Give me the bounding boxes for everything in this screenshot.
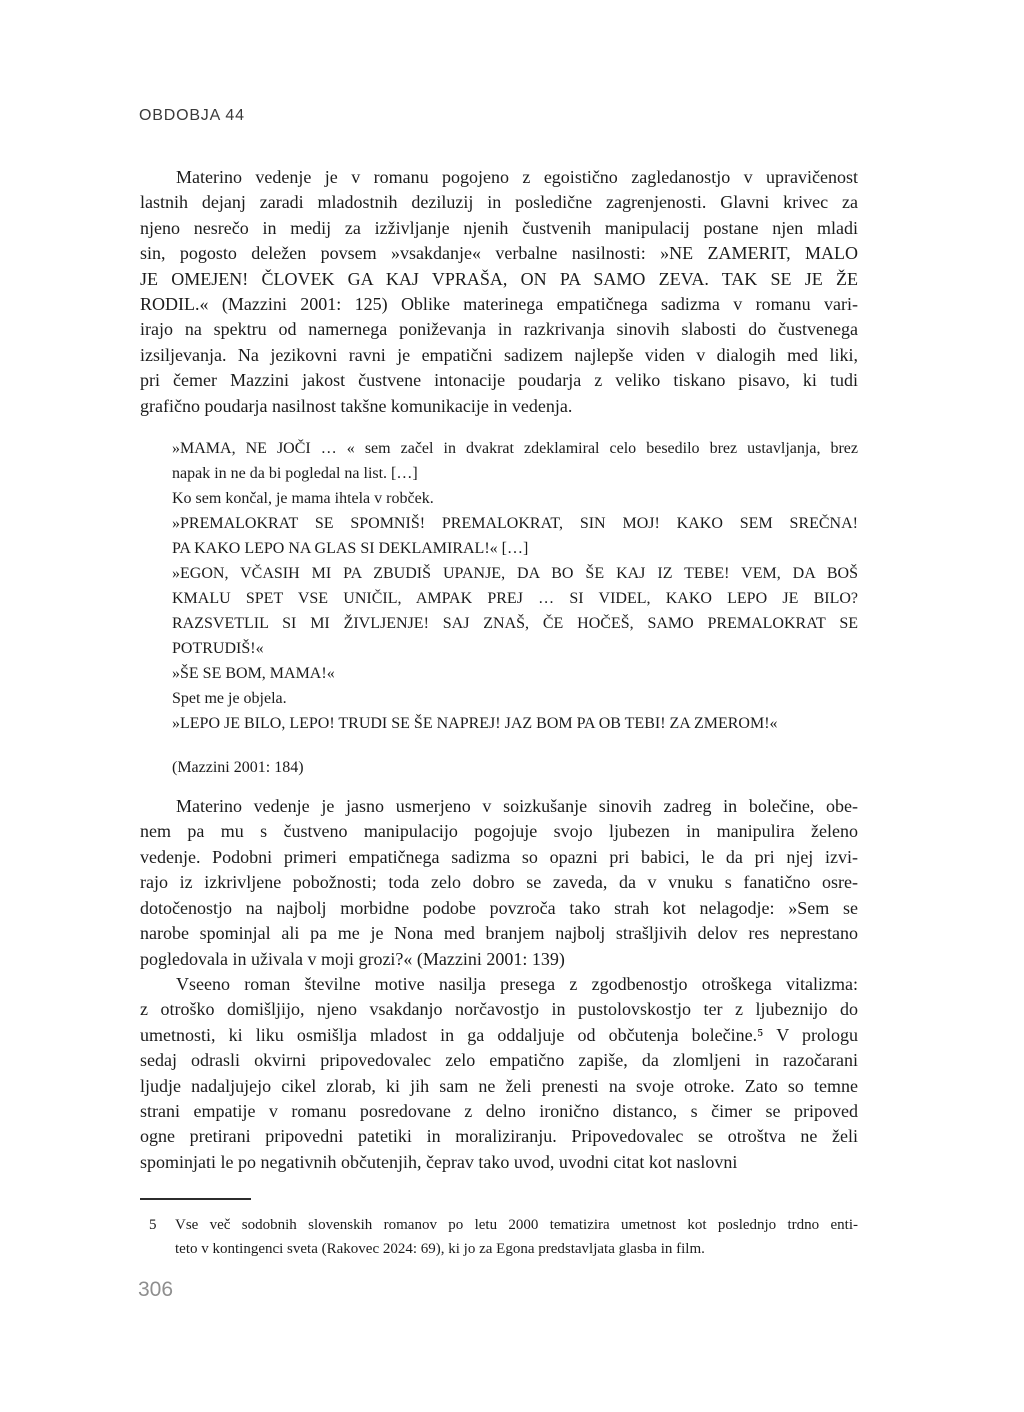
text-line: sedaj odrasli okvirni pripovedovalec zel… (140, 1048, 858, 1073)
text-line: Spet me je objela. (172, 686, 858, 711)
quote-paragraph: »LEPO JE BILO, LEPO! TRUDI SE ŠE NAPREJ!… (172, 711, 858, 736)
text-line: Ko sem končal, je mama ihtela v robček. (172, 486, 858, 511)
quote-paragraph: »MAMA, NE JOČI … « sem začel in dvakrat … (172, 436, 858, 486)
text-line: pogledovala in uživala v moji grozi?« (M… (140, 947, 858, 972)
text-line: »LEPO JE BILO, LEPO! TRUDI SE ŠE NAPREJ!… (172, 711, 858, 736)
running-header: OBDOBJA 44 (139, 107, 245, 125)
quote-paragraph: Spet me je objela. (172, 686, 858, 711)
text-line: JE OMEJEN! ČLOVEK GA KAJ VPRAŠA, ON PA S… (140, 267, 858, 292)
text-line: Materino vedenje je jasno usmerjeno v so… (140, 794, 858, 819)
text-line: PA KAKO LEPO NA GLAS SI DEKLAMIRAL!« […] (172, 536, 858, 561)
text-line: narobe spominjal ali pa me je Nona med b… (140, 921, 858, 946)
text-line: grafično poudarja nasilnost takšne komun… (140, 394, 858, 419)
paragraph-1: Materino vedenje je v romanu pogojeno z … (140, 165, 858, 419)
text-line: napak in ne da bi pogledal na list. […] (172, 461, 858, 486)
text-line: umetnosti, ki liku osmišlja mladost in g… (140, 1023, 858, 1048)
text-line: spominjati le po negativnih občutenjih, … (140, 1150, 858, 1175)
text-line: POTRUDIŠ!« (172, 636, 858, 661)
text-line: izsiljevanja. Na jezikovni ravni je empa… (140, 343, 858, 368)
text-line: vedenje. Podobni primeri empatičnega sad… (140, 845, 858, 870)
text-line: KMALU SPET VSE UNIČIL, AMPAK PREJ … SI V… (172, 586, 858, 611)
text-line: »MAMA, NE JOČI … « sem začel in dvakrat … (172, 436, 858, 461)
text-line: rajo iz izkrivljene pobožnosti; toda zel… (140, 870, 858, 895)
quote-paragraph: »EGON, VČASIH MI PA ZBUDIŠ UPANJE, DA BO… (172, 561, 858, 661)
document-page: OBDOBJA 44 Materino vedenje je v romanu … (0, 0, 1024, 1412)
text-line: ljudje nadaljujejo cikel zlorab, ki jih … (140, 1074, 858, 1099)
main-text: Materino vedenje je v romanu pogojeno z … (140, 165, 858, 1175)
quote-paragraph: »ŠE SE BOM, MAMA!« (172, 661, 858, 686)
text-line: ogne pretirani pripovedni patetiki in mo… (140, 1124, 858, 1149)
paragraph-3: Vseeno roman številne motive nasilja pre… (140, 972, 858, 1175)
quote-citation: (Mazzini 2001: 184) (172, 755, 858, 780)
text-line: irajo na spektru od namernega poniževanj… (140, 317, 858, 342)
footnote-area: 5 Vse več sodobnih slovenskih romanov po… (140, 1198, 858, 1261)
text-line: z otroško domišljijo, njeno vsakdanjo no… (140, 997, 858, 1022)
footnote-text: Vse več sodobnih slovenskih romanov po l… (175, 1213, 858, 1261)
text-line: lastnih dejanj zaradi mladostnih deziluz… (140, 190, 858, 215)
text-line: strani empatije v romanu posredovane z d… (140, 1099, 858, 1124)
text-line: teto v kontingenci sveta (Rakovec 2024: … (175, 1237, 858, 1261)
text-line: RODIL.« (Mazzini 2001: 125) Oblike mater… (140, 292, 858, 317)
quote-paragraph: »PREMALOKRAT SE SPOMNIŠ! PREMALOKRAT, SI… (172, 511, 858, 561)
footnote: 5 Vse več sodobnih slovenskih romanov po… (140, 1213, 858, 1261)
text-line: RAZSVETLIL SI MI ŽIVLJENJE! SAJ ZNAŠ, ČE… (172, 611, 858, 636)
text-line: njeno nesrečo in medij za izživljanje nj… (140, 216, 858, 241)
block-quote: »MAMA, NE JOČI … « sem začel in dvakrat … (172, 436, 858, 736)
text-line: »EGON, VČASIH MI PA ZBUDIŠ UPANJE, DA BO… (172, 561, 858, 586)
page-number: 306 (138, 1278, 173, 1302)
text-line: sin, pogosto deležen povsem »vsakdanje« … (140, 241, 858, 266)
text-line: nem pa mu s čustveno manipulacijo pogoju… (140, 819, 858, 844)
text-line: »ŠE SE BOM, MAMA!« (172, 661, 858, 686)
text-line: pri čemer Mazzini jakost čustvene intona… (140, 368, 858, 393)
text-line: Vseeno roman številne motive nasilja pre… (140, 972, 858, 997)
paragraph-2: Materino vedenje je jasno usmerjeno v so… (140, 794, 858, 972)
text-line: »PREMALOKRAT SE SPOMNIŠ! PREMALOKRAT, SI… (172, 511, 858, 536)
footnote-separator (140, 1198, 251, 1200)
footnote-number: 5 (140, 1213, 175, 1261)
quote-paragraph: Ko sem končal, je mama ihtela v robček. (172, 486, 858, 511)
text-line: dotočenostjo na najbolj morbidne podobe … (140, 896, 858, 921)
text-line: Vse več sodobnih slovenskih romanov po l… (175, 1213, 858, 1237)
text-line: Materino vedenje je v romanu pogojeno z … (140, 165, 858, 190)
